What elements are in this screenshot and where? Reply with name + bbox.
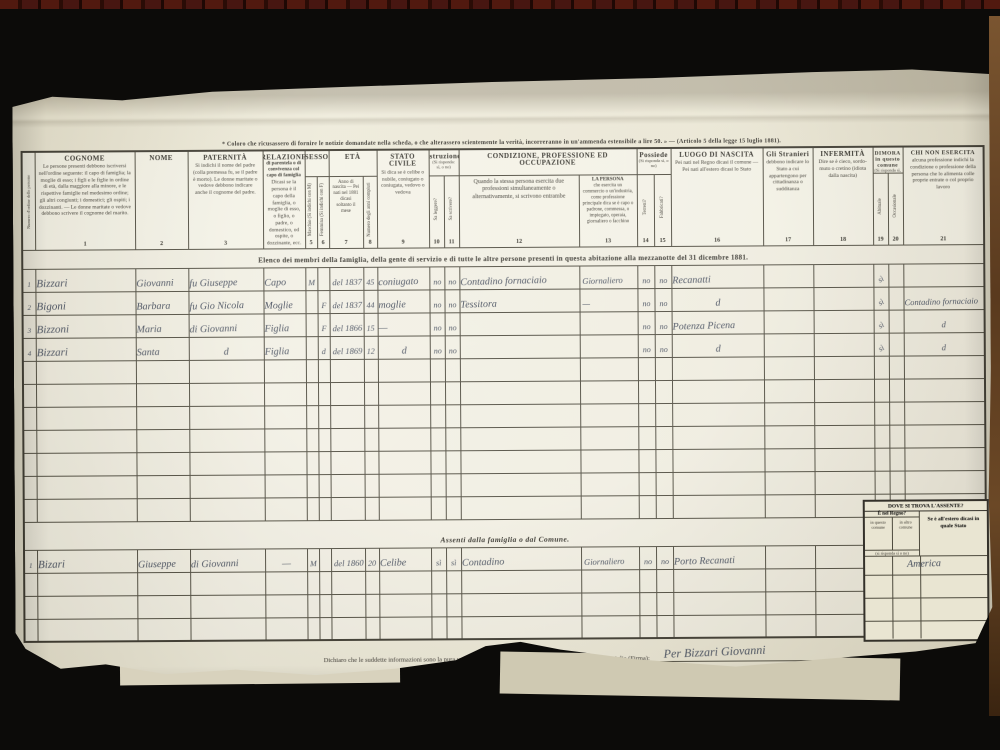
empty-cell	[655, 449, 672, 472]
empty-cell	[765, 494, 815, 517]
empty-cell	[814, 356, 874, 379]
empty-cell	[37, 572, 137, 596]
col-header-numero: Numero d'ordine delle persone	[22, 152, 36, 250]
empty-cell	[379, 473, 431, 496]
col-header-stato-civile: STATO CIVILESi dica se è celibe o nubile…	[377, 149, 430, 247]
empty-cell	[445, 427, 460, 450]
col-header-luogo-nascita: LUOGO DI NASCITAPei nati nel Regno dicas…	[671, 147, 764, 246]
empty-cell	[765, 471, 815, 494]
empty-cell	[460, 427, 580, 451]
empty-cell	[461, 570, 581, 594]
empty-cell	[379, 593, 431, 616]
empty-cell	[446, 473, 461, 496]
empty-cell	[190, 497, 265, 520]
empty-cell	[639, 472, 656, 495]
col-header-paternita: PATERNITÀSi indichi il nome del padre (c…	[188, 150, 264, 248]
empty-cell	[581, 472, 639, 495]
empty-cell	[874, 448, 889, 471]
empty-cell	[764, 425, 814, 448]
empty-cell	[656, 615, 673, 638]
empty-cell	[581, 495, 639, 518]
empty-cell	[673, 471, 765, 495]
empty-cell	[431, 496, 446, 519]
empty-cell	[189, 451, 264, 474]
col-header-anno-nascita: Anno di nascita — Pei nati nel 1881 dica…	[329, 176, 363, 248]
empty-cell	[430, 450, 445, 473]
empty-cell	[319, 571, 331, 594]
empty-cell	[319, 594, 331, 617]
empty-cell	[431, 616, 446, 639]
empty-cell	[319, 474, 331, 497]
empty-cell	[364, 405, 378, 428]
empty-cell	[639, 592, 656, 615]
empty-cell	[330, 405, 364, 428]
empty-cell	[904, 355, 985, 378]
empty-cell	[264, 359, 306, 382]
empty-cell	[580, 426, 638, 449]
empty-cell	[430, 358, 445, 381]
absent-abroad-header: Se è all'estero dicasi in quale Stato	[920, 511, 987, 555]
empty-cell	[365, 594, 379, 617]
col-header-stranieri: Gli Stranieridebbono indicare lo Stato a…	[763, 147, 814, 245]
empty-cell	[672, 425, 764, 449]
empty-cell	[307, 497, 319, 520]
col-header-chi-non-esercita: CHI NON ESERCITAalcuna professione indic…	[903, 146, 985, 244]
empty-cell	[37, 498, 137, 522]
empty-row	[24, 613, 986, 642]
empty-cell	[36, 429, 136, 453]
empty-cell	[655, 357, 672, 380]
empty-cell	[364, 428, 378, 451]
empty-cell	[307, 594, 319, 617]
empty-cell	[445, 358, 460, 381]
empty-cell	[904, 447, 985, 470]
col-header-fabbricati: Fabbricati?15	[654, 174, 671, 246]
empty-cell	[461, 496, 581, 520]
empty-cell	[136, 429, 189, 452]
absent-other-comune-label: in altro comune	[892, 517, 919, 549]
empty-cell	[874, 356, 889, 379]
col-header-nome: NOME2	[135, 151, 189, 249]
empty-cell	[307, 571, 319, 594]
brick-border	[0, 0, 1000, 9]
empty-cell	[580, 403, 638, 426]
col-header-sa-scrivere: Sa scrivere?11	[444, 175, 459, 247]
empty-cell	[672, 402, 764, 426]
empty-cell	[431, 570, 446, 593]
empty-cell	[137, 498, 190, 521]
col-header-dimora: DIMORA in questo comune(Si risponda sì, …	[873, 147, 903, 173]
empty-cell	[764, 356, 814, 379]
empty-cell	[672, 356, 764, 380]
empty-cell	[673, 568, 765, 592]
empty-cell	[331, 497, 365, 520]
col-header-anni-compiuti: Numero degli anni compiuti8	[363, 176, 377, 248]
empty-cell	[364, 451, 378, 474]
empty-cell	[581, 569, 639, 592]
empty-cell	[889, 448, 904, 471]
empty-cell	[379, 616, 431, 639]
empty-cell	[378, 381, 430, 404]
col-header-maschio: Maschio (Si indichi con M)5	[305, 176, 317, 248]
col-header-relazione: RELAZIONEdi parentela o di convivenza co…	[263, 150, 306, 248]
empty-cell	[638, 380, 655, 403]
empty-cell	[460, 358, 580, 382]
empty-cell	[307, 617, 319, 640]
empty-cell	[446, 616, 461, 639]
empty-cell	[673, 591, 765, 615]
empty-cell	[904, 401, 985, 424]
empty-cell	[580, 380, 638, 403]
empty-cell	[24, 619, 37, 642]
empty-cell	[190, 474, 265, 497]
empty-cell	[446, 570, 461, 593]
empty-cell	[815, 471, 875, 494]
empty-cell	[365, 617, 379, 640]
empty-cell	[889, 402, 904, 425]
absent-location-value: America	[907, 559, 941, 570]
col-header-femmina: Femmina (Si indichi con F)6	[317, 176, 329, 248]
empty-cell	[136, 452, 189, 475]
empty-cell	[137, 475, 190, 498]
empty-cell	[378, 358, 430, 381]
empty-cell	[189, 405, 264, 428]
empty-cell	[672, 379, 764, 403]
empty-cell	[24, 573, 37, 596]
absent-in-regno-header: È nel Regno? in questo comune in altro c…	[865, 511, 920, 555]
empty-cell	[364, 359, 378, 382]
empty-cell	[814, 425, 874, 448]
empty-cell	[23, 430, 36, 453]
empty-cell	[37, 475, 137, 499]
empty-cell	[331, 594, 365, 617]
empty-cell	[461, 473, 581, 497]
empty-cell	[890, 471, 905, 494]
empty-cell	[764, 402, 814, 425]
empty-cell	[307, 474, 319, 497]
col-header-eta: ETÀ	[329, 150, 377, 176]
empty-cell	[378, 404, 430, 427]
empty-cell	[24, 499, 37, 522]
empty-cell	[23, 407, 36, 430]
empty-cell	[460, 381, 580, 405]
empty-cell	[36, 406, 136, 430]
col-header-infermita: INFERMITÀDire se è cieco, sordo-muto o c…	[813, 147, 874, 245]
col-header-occasionale: Occasionale20	[888, 173, 903, 245]
empty-cell	[814, 448, 874, 471]
absent-location-grid: America	[865, 556, 987, 639]
empty-cell	[365, 571, 379, 594]
empty-cell	[656, 592, 673, 615]
empty-cell	[264, 428, 306, 451]
empty-cell	[639, 569, 656, 592]
empty-cell	[430, 381, 445, 404]
empty-cell	[445, 381, 460, 404]
empty-cell	[318, 451, 330, 474]
empty-cell	[330, 382, 364, 405]
absent-location-box: DOVE SI TROVA L'ASSENTE? È nel Regno? in…	[863, 499, 990, 642]
empty-cell	[814, 402, 874, 425]
empty-cell	[639, 615, 656, 638]
empty-cell	[264, 382, 306, 405]
assenti-caption: Assenti dalla famiglia o dal Comune.	[440, 534, 569, 544]
empty-cell	[36, 452, 136, 476]
empty-cell	[136, 406, 189, 429]
empty-cell	[37, 618, 137, 642]
col-header-sesso: SESSO	[305, 150, 329, 176]
empty-cell	[814, 379, 874, 402]
empty-cell	[136, 383, 189, 406]
empty-cell	[36, 360, 136, 384]
empty-cell	[23, 453, 36, 476]
empty-cell	[306, 451, 318, 474]
signature: Per Bizzari Giovanni	[664, 644, 766, 660]
empty-cell	[638, 403, 655, 426]
empty-cell	[365, 474, 379, 497]
empty-cell	[445, 450, 460, 473]
empty-cell	[673, 494, 765, 518]
empty-cell	[265, 594, 307, 617]
empty-cell	[874, 425, 889, 448]
empty-cell	[36, 383, 136, 407]
signature-line: Per Bizzari Giovanni	[656, 641, 979, 662]
empty-cell	[364, 382, 378, 405]
empty-cell	[581, 615, 639, 638]
col-header-istruzione: Istruzione(Si risponda: sì, o no)	[429, 149, 459, 175]
empty-cell	[430, 404, 445, 427]
empty-cell	[319, 497, 331, 520]
empty-cell	[331, 617, 365, 640]
empty-cell	[318, 382, 330, 405]
empty-cell	[904, 424, 985, 447]
empty-cell	[37, 595, 137, 619]
empty-cell	[431, 473, 446, 496]
empty-cell	[306, 428, 318, 451]
empty-cell	[378, 450, 430, 473]
col-header-terreni: Terreni?14	[637, 174, 654, 246]
empty-cell	[764, 379, 814, 402]
empty-cell	[446, 593, 461, 616]
empty-cell	[889, 379, 904, 402]
empty-cell	[318, 428, 330, 451]
empty-cell	[330, 451, 364, 474]
empty-cell	[379, 496, 431, 519]
empty-cell	[306, 382, 318, 405]
empty-cell	[189, 428, 264, 451]
empty-cell	[656, 569, 673, 592]
empty-cell	[379, 570, 431, 593]
empty-cell	[264, 405, 306, 428]
empty-cell	[24, 476, 37, 499]
empty-cell	[461, 616, 581, 640]
photo-background: * Coloro che ricusassero di fornire le n…	[0, 0, 1000, 750]
empty-cell	[655, 426, 672, 449]
empty-cell	[330, 428, 364, 451]
empty-cell	[580, 449, 638, 472]
empty-cell	[24, 596, 37, 619]
col-header-possiede: Possiede(Si risponda sì, o no)	[637, 148, 671, 174]
empty-cell	[764, 448, 814, 471]
empty-cell	[430, 427, 445, 450]
empty-cell	[638, 357, 655, 380]
empty-cell	[189, 382, 264, 405]
empty-cell	[874, 402, 889, 425]
empty-cell	[446, 496, 461, 519]
empty-cell	[460, 450, 580, 474]
empty-cell	[875, 471, 890, 494]
empty-cell	[331, 474, 365, 497]
empty-cell	[190, 571, 265, 594]
empty-cell	[330, 359, 364, 382]
empty-cell	[905, 470, 986, 493]
empty-cell	[581, 592, 639, 615]
empty-cell	[306, 359, 318, 382]
col-header-cognome: COGNOMELe persone presenti debbono iscri…	[35, 151, 136, 250]
col-header-condizione-desc: Quando la stessa persona esercita due pr…	[459, 175, 579, 248]
empty-cell	[765, 568, 815, 591]
empty-cell	[461, 593, 581, 617]
empty-cell	[378, 427, 430, 450]
empty-cell	[331, 571, 365, 594]
empty-cell	[445, 404, 460, 427]
empty-cell	[460, 404, 580, 428]
empty-cell	[264, 451, 306, 474]
absent-this-comune-label: in questo comune	[865, 518, 893, 550]
empty-cell	[655, 403, 672, 426]
empty-cell	[365, 497, 379, 520]
empty-cell	[656, 495, 673, 518]
empty-cell	[265, 474, 307, 497]
census-sheet: * Coloro che ricusassero di fornire le n…	[12, 67, 994, 701]
empty-cell	[23, 384, 36, 407]
empty-cell	[306, 405, 318, 428]
empty-cell	[136, 360, 189, 383]
census-table: Numero d'ordine delle persone COGNOMELe …	[21, 145, 988, 643]
empty-cell	[265, 571, 307, 594]
empty-cell	[580, 357, 638, 380]
empty-cell	[889, 356, 904, 379]
empty-cell	[673, 614, 765, 638]
empty-cell	[137, 572, 190, 595]
empty-cell	[874, 379, 889, 402]
empty-cell	[638, 426, 655, 449]
col-header-abituale: Abituale19	[873, 173, 888, 245]
empty-cell	[318, 359, 330, 382]
empty-cell	[655, 380, 672, 403]
empty-cell	[765, 591, 815, 614]
col-header-condizione: CONDIZIONE, PROFESSIONE ED OCCUPAZIONE	[459, 148, 637, 175]
empty-cell	[189, 359, 264, 382]
empty-cell	[137, 618, 190, 641]
empty-cell	[639, 495, 656, 518]
empty-cell	[656, 472, 673, 495]
empty-cell	[672, 448, 764, 472]
empty-cell	[190, 617, 265, 640]
empty-cell	[904, 378, 985, 401]
empty-cell	[638, 449, 655, 472]
empty-cell	[318, 405, 330, 428]
col-header-la-persona: LA PERSONAche esercita un commercio o un…	[579, 174, 637, 246]
empty-cell	[137, 595, 190, 618]
empty-cell	[889, 425, 904, 448]
empty-cell	[23, 361, 36, 384]
empty-cell	[265, 617, 307, 640]
empty-cell	[319, 617, 331, 640]
empty-cell	[765, 614, 815, 637]
empty-cell	[265, 497, 307, 520]
col-header-sa-leggere: Sa leggere?10	[429, 175, 444, 247]
elenco-caption: Elenco dei membri della famiglia, della …	[258, 253, 748, 264]
empty-cell	[190, 594, 265, 617]
empty-cell	[431, 593, 446, 616]
